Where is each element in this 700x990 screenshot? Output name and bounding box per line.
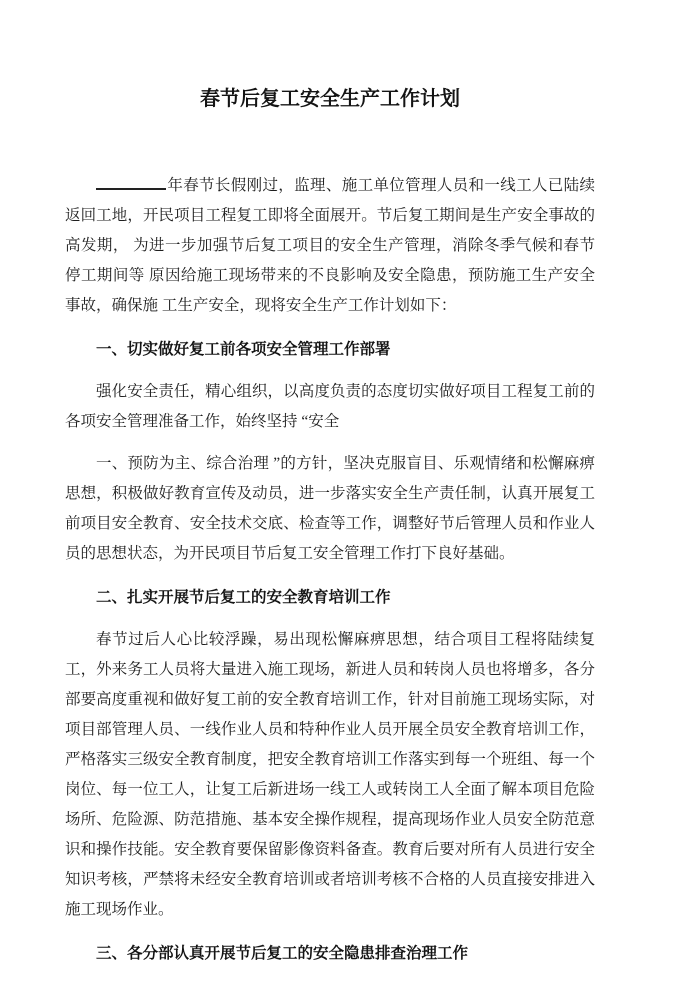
- document-page: 春节后复工安全生产工作计划 年春节长假刚过，监理、施工单位管理人员和一线工人已陆…: [0, 0, 700, 990]
- section-2-paragraph-1: 春节过后人心比较浮躁，易出现松懈麻痹思想，结合项目工程将陆续复工，外来务工人员将…: [65, 625, 595, 925]
- document-title: 春节后复工安全生产工作计划: [65, 84, 595, 114]
- section-2-heading: 二、扎实开展节后复工的安全教育培训工作: [65, 583, 595, 613]
- year-blank-underline: [96, 175, 166, 190]
- section-3-heading: 三、各分部认真开展节后复工的安全隐患排查治理工作: [65, 939, 595, 969]
- section-1-heading: 一、切实做好复工前各项安全管理工作部署: [65, 335, 595, 365]
- intro-text: 年春节长假刚过，监理、施工单位管理人员和一线工人已陆续返回工地，开民项目工程复工…: [65, 177, 595, 314]
- section-1-paragraph-2: 一、预防为主、综合治理 ”的方针，坚决克服盲目、乐观情绪和松懈麻痹思想，积极做好…: [65, 449, 595, 569]
- intro-paragraph: 年春节长假刚过，监理、施工单位管理人员和一线工人已陆续返回工地，开民项目工程复工…: [65, 171, 595, 321]
- section-1-paragraph-1: 强化安全责任，精心组织，以高度负责的态度切实做好项目工程复工前的各项安全管理准备…: [65, 377, 595, 437]
